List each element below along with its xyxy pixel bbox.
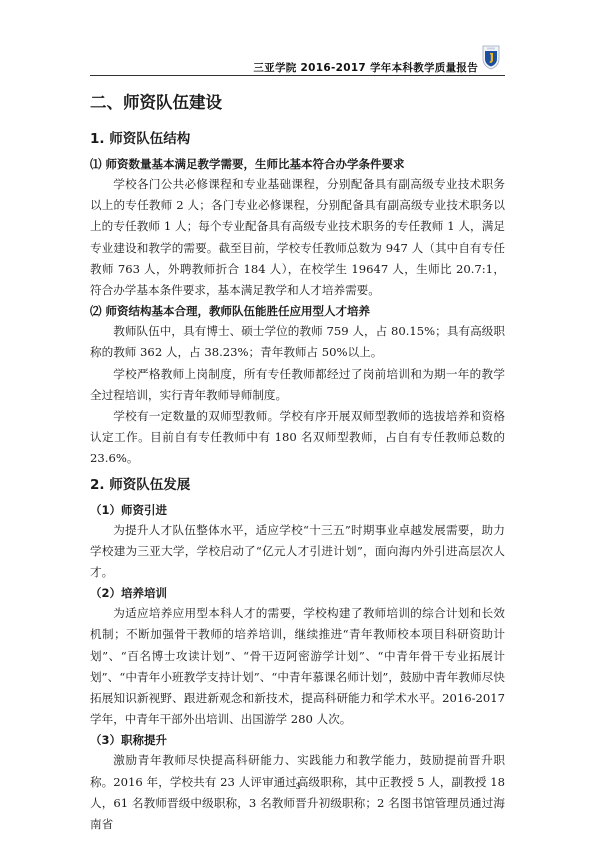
subsection-title: 2. 师资队伍发展 [90,470,505,500]
subsection-title: 1. 师资队伍结构 [90,124,505,154]
paragraph: 教师队伍中，具有博士、硕士学位的教师 759 人，占 80.15%；具有高级职称… [90,321,505,363]
paragraph: 学校有一定数量的双师型教师。学校有序开展双师型教师的选拔培养和资格认定工作。目前… [90,406,505,470]
header-divider [90,75,505,76]
item-title: （1）师资引进 [90,500,505,520]
paragraph: 为提升人才队伍整体水平，适应学校“十三五”时期事业卓越发展需要，助力学校建为三亚… [90,520,505,584]
item-title: ⑴ 师资数量基本满足教学需要，生师比基本符合办学条件要求 [90,154,505,174]
page-number: 3 [0,782,596,792]
document-body: 二、师资队伍建设 1. 师资队伍结构 ⑴ 师资数量基本满足教学需要，生师比基本符… [90,88,505,835]
item-title: ⑵ 师资结构基本合理，教师队伍能胜任应用型人才培养 [90,301,505,321]
item-title: （2）培养培训 [90,583,505,603]
item-title: （3）职称提升 [90,730,505,750]
section-title: 二、师资队伍建设 [90,88,505,124]
university-shield-logo-icon [482,44,500,70]
paragraph: 学校严格教师上岗制度，所有专任教师都经过了岗前培训和为期一年的教学全过程培训，实… [90,364,505,406]
paragraph: 为适应培养应用型本科人才的需要，学校构建了教师培训的综合计划和长效机制；不断加强… [90,603,505,730]
running-header-title: 三亚学院 2016-2017 学年本科教学质量报告 [200,60,478,75]
paragraph: 激励青年教师尽快提高科研能力、实践能力和教学能力，鼓励提前晋升职称。2016 年… [90,750,505,835]
paragraph: 学校各门公共必修课程和专业基础课程，分别配备具有副高级专业技术职务以上的专任教师… [90,174,505,301]
